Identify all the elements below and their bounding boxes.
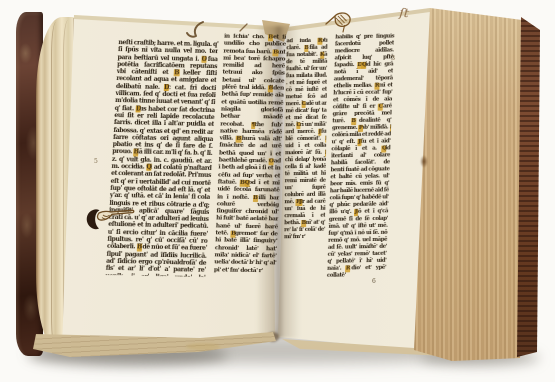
page-edge-crease	[51, 22, 61, 350]
left-page-column-1: neſti craſtib; harre. et m. ligula. q' ſ…	[105, 39, 218, 277]
right-page-column-2: habilis q' pre ſinguis ſacerdotū pollet …	[327, 33, 395, 282]
right-page-column-1: ad iudā Raptī clarē. B. fila ad ſua nota…	[284, 38, 328, 277]
left-margin-mark: 5	[94, 158, 98, 165]
signature-mark: 6	[372, 278, 376, 285]
page-stain	[186, 343, 220, 350]
ink-tick-mark	[239, 23, 248, 32]
right-margin-mark: 3	[391, 54, 395, 62]
manicule-up-left-icon	[324, 11, 354, 35]
left-page-column-2: in ſchia' cho. B. et ſi undilio cho publ…	[214, 34, 286, 275]
ink-squiggle-mark	[183, 20, 207, 40]
folio-inscription: ſt	[398, 5, 430, 30]
manicule-pointing-right-icon	[84, 204, 140, 234]
book-photo: neſti craſtib; harre. et m. ligula. q' ſ…	[0, 0, 555, 382]
fore-edge-stain	[420, 155, 428, 168]
